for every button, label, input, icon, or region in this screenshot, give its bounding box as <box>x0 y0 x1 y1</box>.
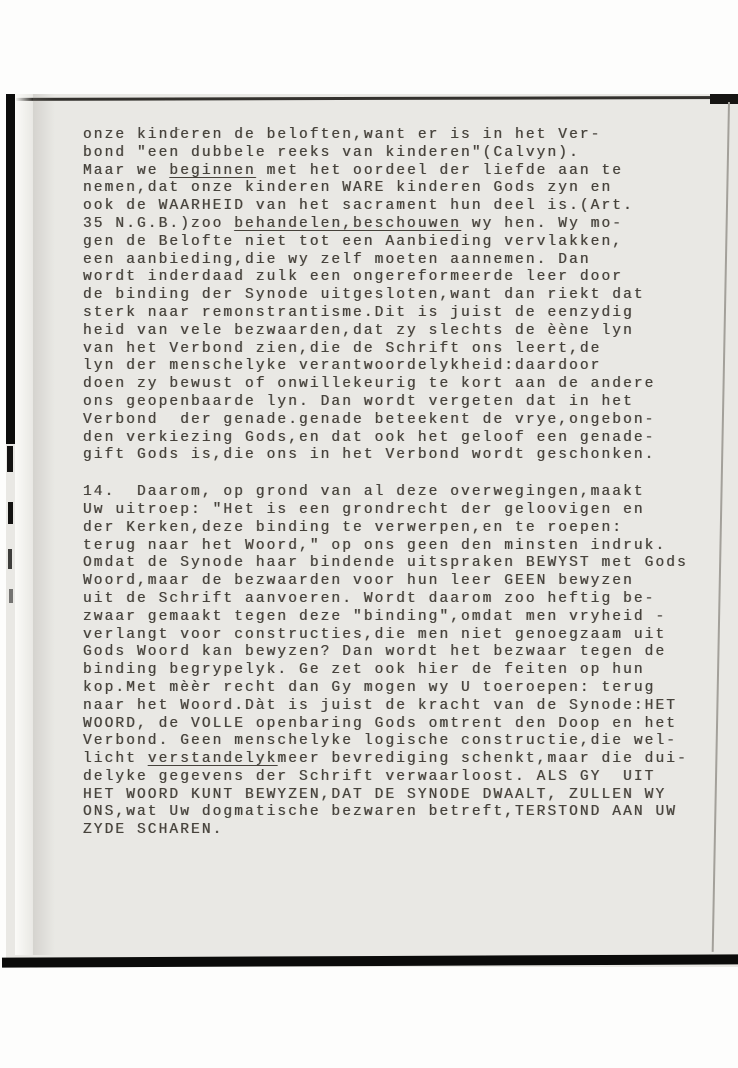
text-line: terug naar het Woord," op ons geen den m… <box>83 538 728 556</box>
scan-edge-left-dash <box>8 502 13 524</box>
text-line: kop.Met mèèr recht dan Gy mogen wy U toe… <box>83 680 728 698</box>
text-line: der Kerken,deze binding te verwerpen,en … <box>83 520 728 538</box>
text-segment: Omdat de Synode haar bindende uitspraken… <box>83 555 688 571</box>
text-line: de binding der Synode uitgesloten,want d… <box>83 287 728 305</box>
text-line: den verkiezing Gods,en dat ook het geloo… <box>83 430 728 448</box>
text-segment: de binding der Synode uitgesloten,want d… <box>83 287 645 303</box>
text-line: HET WOORD KUNT BEWYZEN,DAT DE SYNODE DWA… <box>83 787 728 805</box>
text-segment: uit de Schrift aanvoeren. Wordt daarom z… <box>83 591 655 607</box>
text-line: onze kinderen de beloften,want er is in … <box>83 127 728 145</box>
underlined-text: behandelen,beschouwen <box>234 216 461 232</box>
page-left-edge-highlight <box>15 94 33 955</box>
text-line: verlangt voor constructies,die men niet … <box>83 627 728 645</box>
text-segment: 35 N.G.B.)zoo <box>83 216 234 232</box>
text-segment: gen de Belofte niet tot een Aanbieding v… <box>83 234 623 250</box>
scan-edge-bottom <box>2 954 738 967</box>
text-line: ons geopenbaarde lyn. Dan wordt vergeten… <box>83 394 728 412</box>
text-line: 35 N.G.B.)zoo behandelen,beschouwen wy h… <box>83 216 728 234</box>
text-line: uit de Schrift aanvoeren. Wordt daarom z… <box>83 591 728 609</box>
text-line: naar het Woord.Dàt is juist de kracht va… <box>83 698 728 716</box>
text-segment: lyn der menschelyke verantwoordelykheid:… <box>83 358 601 374</box>
text-segment: 14. Daarom, op grond van al deze overweg… <box>83 484 645 500</box>
text-segment: delyke gegevens der Schrift verwaarloost… <box>83 769 655 785</box>
text-segment: HET WOORD KUNT BEWYZEN,DAT DE SYNODE DWA… <box>83 787 666 803</box>
text-line: WOORD, de VOLLE openbaring Gods omtrent … <box>83 716 728 734</box>
text-segment: met het oordeel der liefde aan te <box>256 163 623 179</box>
text-line: Verbond der genade.genade beteekent de v… <box>83 412 728 430</box>
text-segment: Verbond der genade.genade beteekent de v… <box>83 412 655 428</box>
text-segment: WOORD, de VOLLE openbaring Gods omtrent … <box>83 716 677 732</box>
text-line: van het Verbond zien,die de Schrift ons … <box>83 341 728 359</box>
text-segment: Woord,maar de bezwaarden voor hun leer G… <box>83 573 634 589</box>
text-segment: naar het Woord.Dàt is juist de kracht va… <box>83 698 677 714</box>
text-line: Omdat de Synode haar bindende uitspraken… <box>83 555 728 573</box>
text-line: wordt inderdaad zulk een ongereformeerde… <box>83 269 728 287</box>
text-line: Uw uitroep: "Het is een grondrecht der g… <box>83 502 728 520</box>
scan-edge-top <box>16 96 738 100</box>
underlined-text: verstandelyk <box>148 751 278 767</box>
text-line: 14. Daarom, op grond van al deze overweg… <box>83 484 728 502</box>
text-segment: nemen,dat onze kinderen WARE kinderen Go… <box>83 180 612 196</box>
text-line: delyke gegevens der Schrift verwaarloost… <box>83 769 728 787</box>
text-line: Maar we beginnen met het oordeel der lie… <box>83 163 728 181</box>
text-line: ZYDE SCHAREN. <box>83 822 728 840</box>
text-segment: terug naar het Woord," op ons geen den m… <box>83 538 666 554</box>
text-line: licht verstandelykmeer bevrediging schen… <box>83 751 728 769</box>
text-line: bond "een dubbele reeks van kinderen"(Ca… <box>83 145 728 163</box>
text-segment: bond "een dubbele reeks van kinderen"(Ca… <box>83 145 580 161</box>
paragraph: 14. Daarom, op grond van al deze overweg… <box>83 484 728 840</box>
scan-edge-left-dash <box>8 549 12 569</box>
text-line: Verbond. Geen menschelyke logische const… <box>83 733 728 751</box>
text-line: ook de WAARHEID van het sacrament hun de… <box>83 198 728 216</box>
text-segment: doen zy bewust of onwillekeurig te kort … <box>83 376 655 392</box>
text-segment: wordt inderdaad zulk een ongereformeerde… <box>83 269 623 285</box>
text-segment: ook de WAARHEID van het sacrament hun de… <box>83 198 634 214</box>
text-segment: den verkiezing Gods,en dat ook het geloo… <box>83 430 655 446</box>
text-segment: Maar we <box>83 163 169 179</box>
text-line: een aanbieding,die wy zelf moeten aannem… <box>83 252 728 270</box>
text-line: binding begrypelyk. Ge zet ook hier de f… <box>83 662 728 680</box>
text-line: lyn der menschelyke verantwoordelykheid:… <box>83 358 728 376</box>
text-segment: van het Verbond zien,die de Schrift ons … <box>83 341 601 357</box>
text-segment: meer bevrediging schenkt,maar die dui- <box>277 751 687 767</box>
text-line: gift Gods is,die ons in het Verbond word… <box>83 447 728 465</box>
text-segment: binding begrypelyk. Ge zet ook hier de f… <box>83 662 645 678</box>
text-segment: onze kinderen de beloften,want er is in … <box>83 127 601 143</box>
text-line: zwaar gemaakt tegen deze "binding",omdat… <box>83 609 728 627</box>
text-line: sterk naar remonstrantisme.Dit is juist … <box>83 305 728 323</box>
text-line: ONS,wat Uw dogmatische bezwaren betreft,… <box>83 804 728 822</box>
text-line: nemen,dat onze kinderen WARE kinderen Go… <box>83 180 728 198</box>
text-line: gen de Belofte niet tot een Aanbieding v… <box>83 234 728 252</box>
text-segment: gift Gods is,die ons in het Verbond word… <box>83 447 655 463</box>
scan-edge-left-dash <box>7 446 13 472</box>
text-segment: wy hen. Wy mo- <box>461 216 623 232</box>
paragraph: onze kinderen de beloften,want er is in … <box>83 127 728 465</box>
page-left-crease-shading <box>33 94 55 955</box>
scanned-page: - . onze kinderen de beloften,want er is… <box>6 94 738 967</box>
text-line: doen zy bewust of onwillekeurig te kort … <box>83 376 728 394</box>
text-segment: kop.Met mèèr recht dan Gy mogen wy U toe… <box>83 680 655 696</box>
text-segment: Gods Woord kan bewyzen? Dan wordt het be… <box>83 644 666 660</box>
text-segment: licht <box>83 751 148 767</box>
text-segment: ons geopenbaarde lyn. Dan wordt vergeten… <box>83 394 634 410</box>
text-line: heid van vele bezwaarden,dat zy slechts … <box>83 323 728 341</box>
scan-edge-left <box>6 94 15 444</box>
scan-edge-left-dash <box>9 589 13 603</box>
text-segment: heid van vele bezwaarden,dat zy slechts … <box>83 323 634 339</box>
text-segment: der Kerken,deze binding te verwerpen,en … <box>83 520 623 536</box>
text-segment: Verbond. Geen menschelyke logische const… <box>83 733 677 749</box>
text-segment: een aanbieding,die wy zelf moeten aannem… <box>83 252 591 268</box>
typewritten-text: onze kinderen de beloften,want er is in … <box>83 127 728 840</box>
text-segment: Uw uitroep: "Het is een grondrecht der g… <box>83 502 645 518</box>
scan-corner-top-right <box>710 94 738 104</box>
text-segment: verlangt voor constructies,die men niet … <box>83 627 666 643</box>
text-segment: ZYDE SCHAREN. <box>83 822 223 838</box>
text-segment: ONS,wat Uw dogmatische bezwaren betreft,… <box>83 804 677 820</box>
text-line: Gods Woord kan bewyzen? Dan wordt het be… <box>83 644 728 662</box>
text-segment: sterk naar remonstrantisme.Dit is juist … <box>83 305 634 321</box>
text-segment: zwaar gemaakt tegen deze "binding",omdat… <box>83 609 666 625</box>
text-line: Woord,maar de bezwaarden voor hun leer G… <box>83 573 728 591</box>
underlined-text: beginnen <box>169 163 255 179</box>
